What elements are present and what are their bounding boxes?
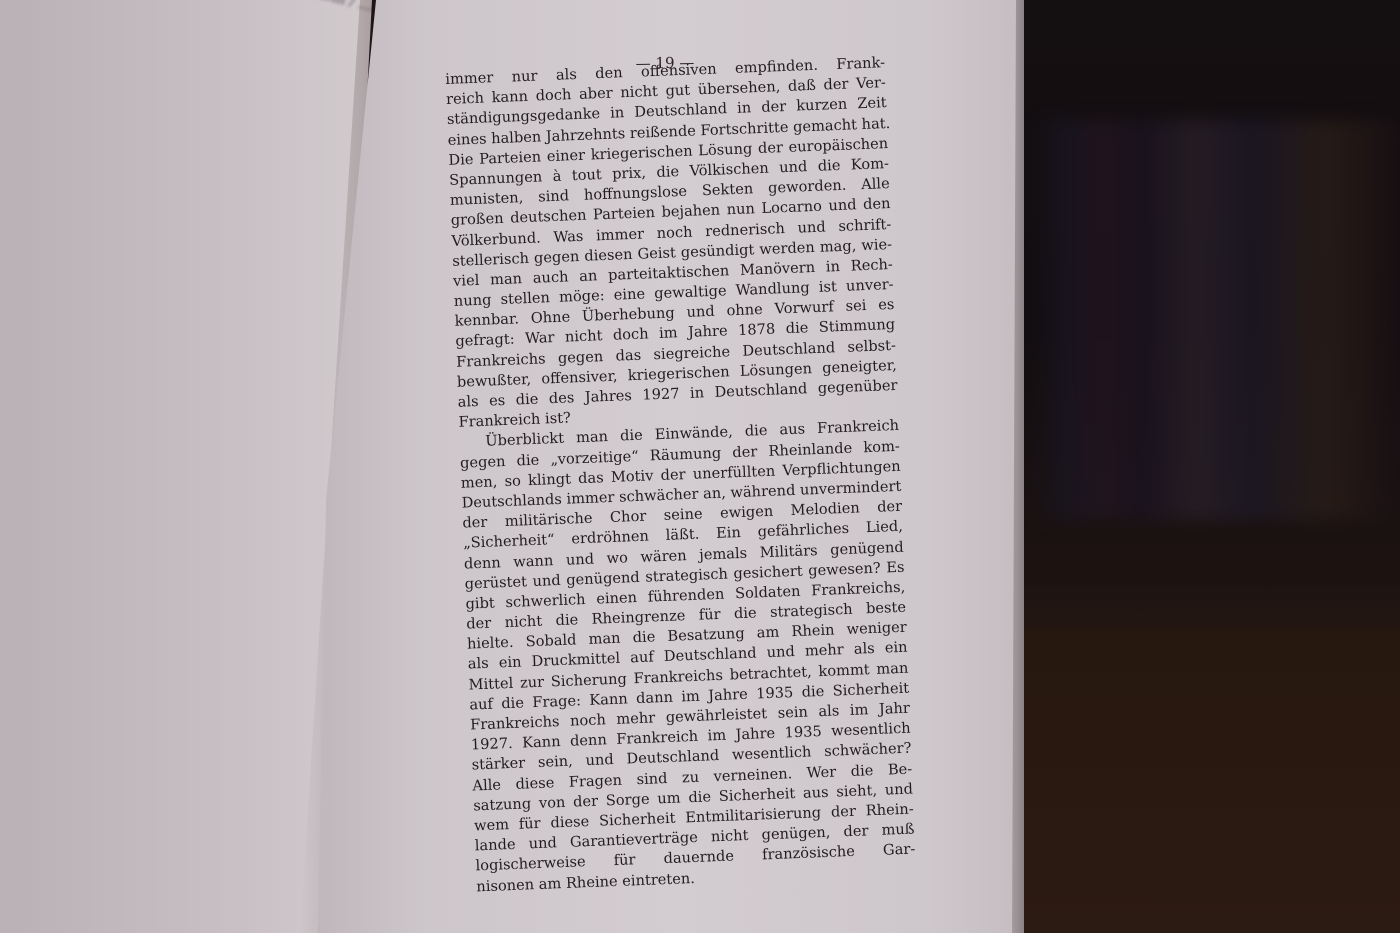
background-books — [1030, 120, 1400, 520]
left-page-text-blurred: ...g entgegen- / ...utschen Reichs- / ..… — [0, 0, 340, 765]
page-body-text: immer nur als den offensiven empfinden. … — [445, 53, 916, 897]
background-table — [1010, 630, 1400, 933]
